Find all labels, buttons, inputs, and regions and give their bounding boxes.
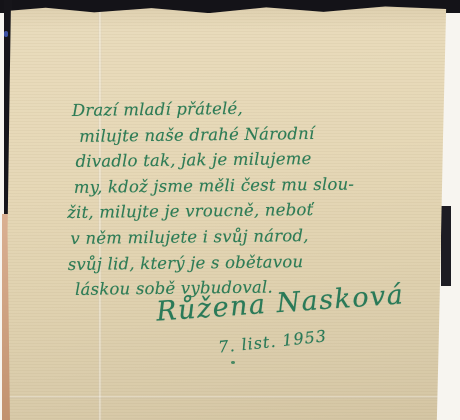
photo-dark-edge-right — [441, 206, 451, 286]
blue-speck — [4, 31, 8, 37]
letter-line-3: divadlo tak, jak je milujeme — [75, 145, 401, 175]
letter-line-4: my, kdož jsme měli čest mu slou- — [74, 171, 402, 201]
ink-speck — [231, 361, 235, 364]
fold-crease-horizontal — [6, 396, 447, 399]
letter-line-1: Drazí mladí přátelé, — [72, 94, 401, 124]
date-line: 7. list. 1953 — [217, 326, 328, 356]
letter-paper: Drazí mladí přátelé, milujte naše drahé … — [6, 4, 447, 420]
letter-line-6: v něm milujete i svůj národ, — [70, 222, 402, 252]
handwritten-text: Drazí mladí přátelé, milujte naše drahé … — [61, 94, 403, 303]
letter-photo: Drazí mladí přátelé, milujte naše drahé … — [0, 0, 460, 420]
letter-line-2: milujte naše drahé Národní — [79, 120, 401, 150]
